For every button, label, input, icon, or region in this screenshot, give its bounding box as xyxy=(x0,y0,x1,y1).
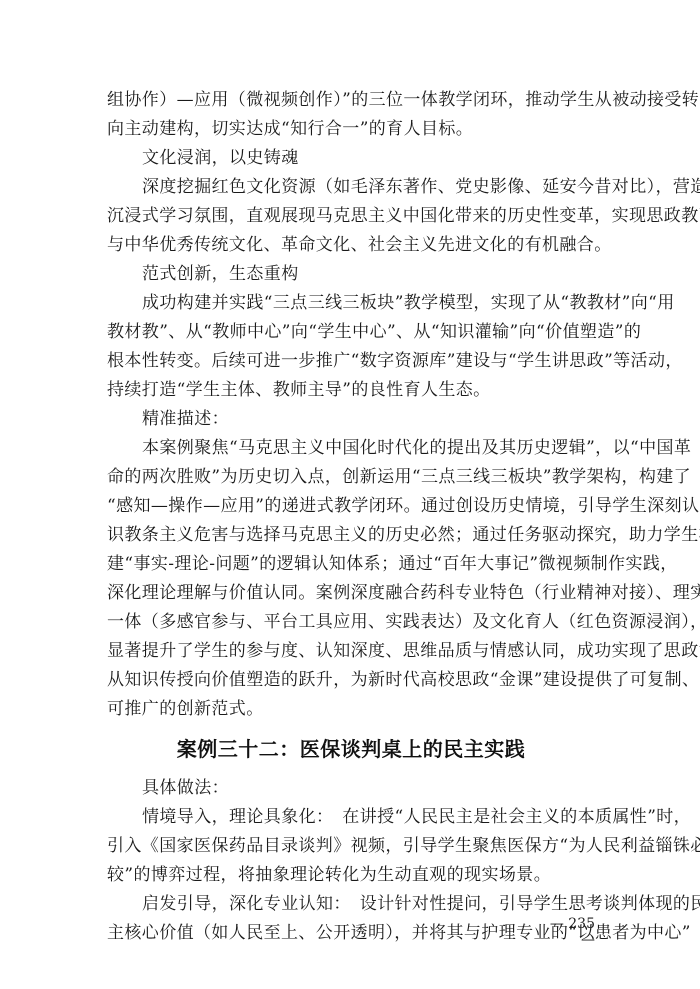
paragraph-first-line: 情境导入，理论具象化： 在讲授“人民民主是社会主义的本质属性”时， xyxy=(107,803,595,832)
paragraph-line: 深化理论理解与价值认同。案例深度融合药科专业特色（行业精神对接）、理实 xyxy=(107,579,595,608)
paragraph-first-line: 精准描述： xyxy=(107,405,595,434)
section-heading: 案例三十二：医保谈判桌上的民主实践 xyxy=(107,724,595,770)
paragraph-line: 从知识传授向价值塑造的跃升，为新时代高校思政“金课”建设提供了可复制、 xyxy=(107,666,595,695)
paragraph-first-line: 具体做法： xyxy=(107,774,595,803)
paragraph-first-line: 本案例聚焦“马克思主义中国化时代化的提出及其历史逻辑”，以“中国革 xyxy=(107,434,595,463)
paragraph-line: 识教条主义危害与选择马克思主义的历史必然；通过任务驱动探究，助力学生构 xyxy=(107,521,595,550)
paragraph-line: “感知—操作—应用”的递进式教学闭环。通过创设历史情境，引导学生深刻认 xyxy=(107,492,595,521)
paragraph-line: 建“事实-理论-问题”的逻辑认知体系；通过“百年大事记”微视频制作实践， xyxy=(107,550,595,579)
paragraph-line: 较”的博弈过程，将抽象理论转化为生动直观的现实场景。 xyxy=(107,861,595,890)
paragraph-first-line: 文化浸润，以史铸魂 xyxy=(107,144,595,173)
paragraph-line: 组协作）—应用（微视频创作）”的三位一体教学闭环，推动学生从被动接受转 xyxy=(107,86,595,115)
paragraph-line: 命的两次胜败”为历史切入点，创新运用“三点三线三板块”教学架构，构建了 xyxy=(107,463,595,492)
paragraph-line: 显著提升了学生的参与度、认知深度、思维品质与情感认同，成功实现了思政课 xyxy=(107,637,595,666)
paragraph-first-line: 范式创新，生态重构 xyxy=(107,260,595,289)
document-page: 组协作）—应用（微视频创作）”的三位一体教学闭环，推动学生从被动接受转向主动建构… xyxy=(0,0,700,989)
paragraph-line: 持续打造“学生主体、教师主导”的良性育人生态。 xyxy=(107,376,595,405)
paragraph-line: 可推广的创新范式。 xyxy=(107,695,595,724)
paragraph-line: 主核心价值（如人民至上、公开透明），并将其与护理专业的“以患者为中心” xyxy=(107,919,595,948)
paragraph-line: 引入《国家医保药品目录谈判》视频，引导学生聚焦医保方“为人民利益锱铢必 xyxy=(107,832,595,861)
paragraph-first-line: 成功构建并实践“三点三线三板块”教学模型，实现了从“教教材”向“用 xyxy=(107,289,595,318)
page-body: 组协作）—应用（微视频创作）”的三位一体教学闭环，推动学生从被动接受转向主动建构… xyxy=(107,86,595,948)
paragraph-line: 根本性转变。后续可进一步推广“数字资源库”建设与“学生讲思政”等活动， xyxy=(107,347,595,376)
paragraph-line: 与中华优秀传统文化、革命文化、社会主义先进文化的有机融合。 xyxy=(107,231,595,260)
paragraph-line: 一体（多感官参与、平台工具应用、实践表达）及文化育人（红色资源浸润）， xyxy=(107,608,595,637)
paragraph-line: 沉浸式学习氛围，直观展现马克思主义中国化带来的历史性变革，实现思政教育 xyxy=(107,202,595,231)
paragraph-line: 向主动建构，切实达成“知行合一”的育人目标。 xyxy=(107,115,595,144)
paragraph-first-line: 深度挖掘红色文化资源（如毛泽东著作、党史影像、延安今昔对比），营造 xyxy=(107,173,595,202)
paragraph-line: 教材教”、从“教师中心”向“学生中心”、从“知识灌输”向“价值塑造”的 xyxy=(107,318,595,347)
page-number: — 235 — xyxy=(533,916,595,948)
paragraph-first-line: 启发引导，深化专业认知： 设计针对性提问，引导学生思考谈判体现的民 xyxy=(107,890,595,919)
